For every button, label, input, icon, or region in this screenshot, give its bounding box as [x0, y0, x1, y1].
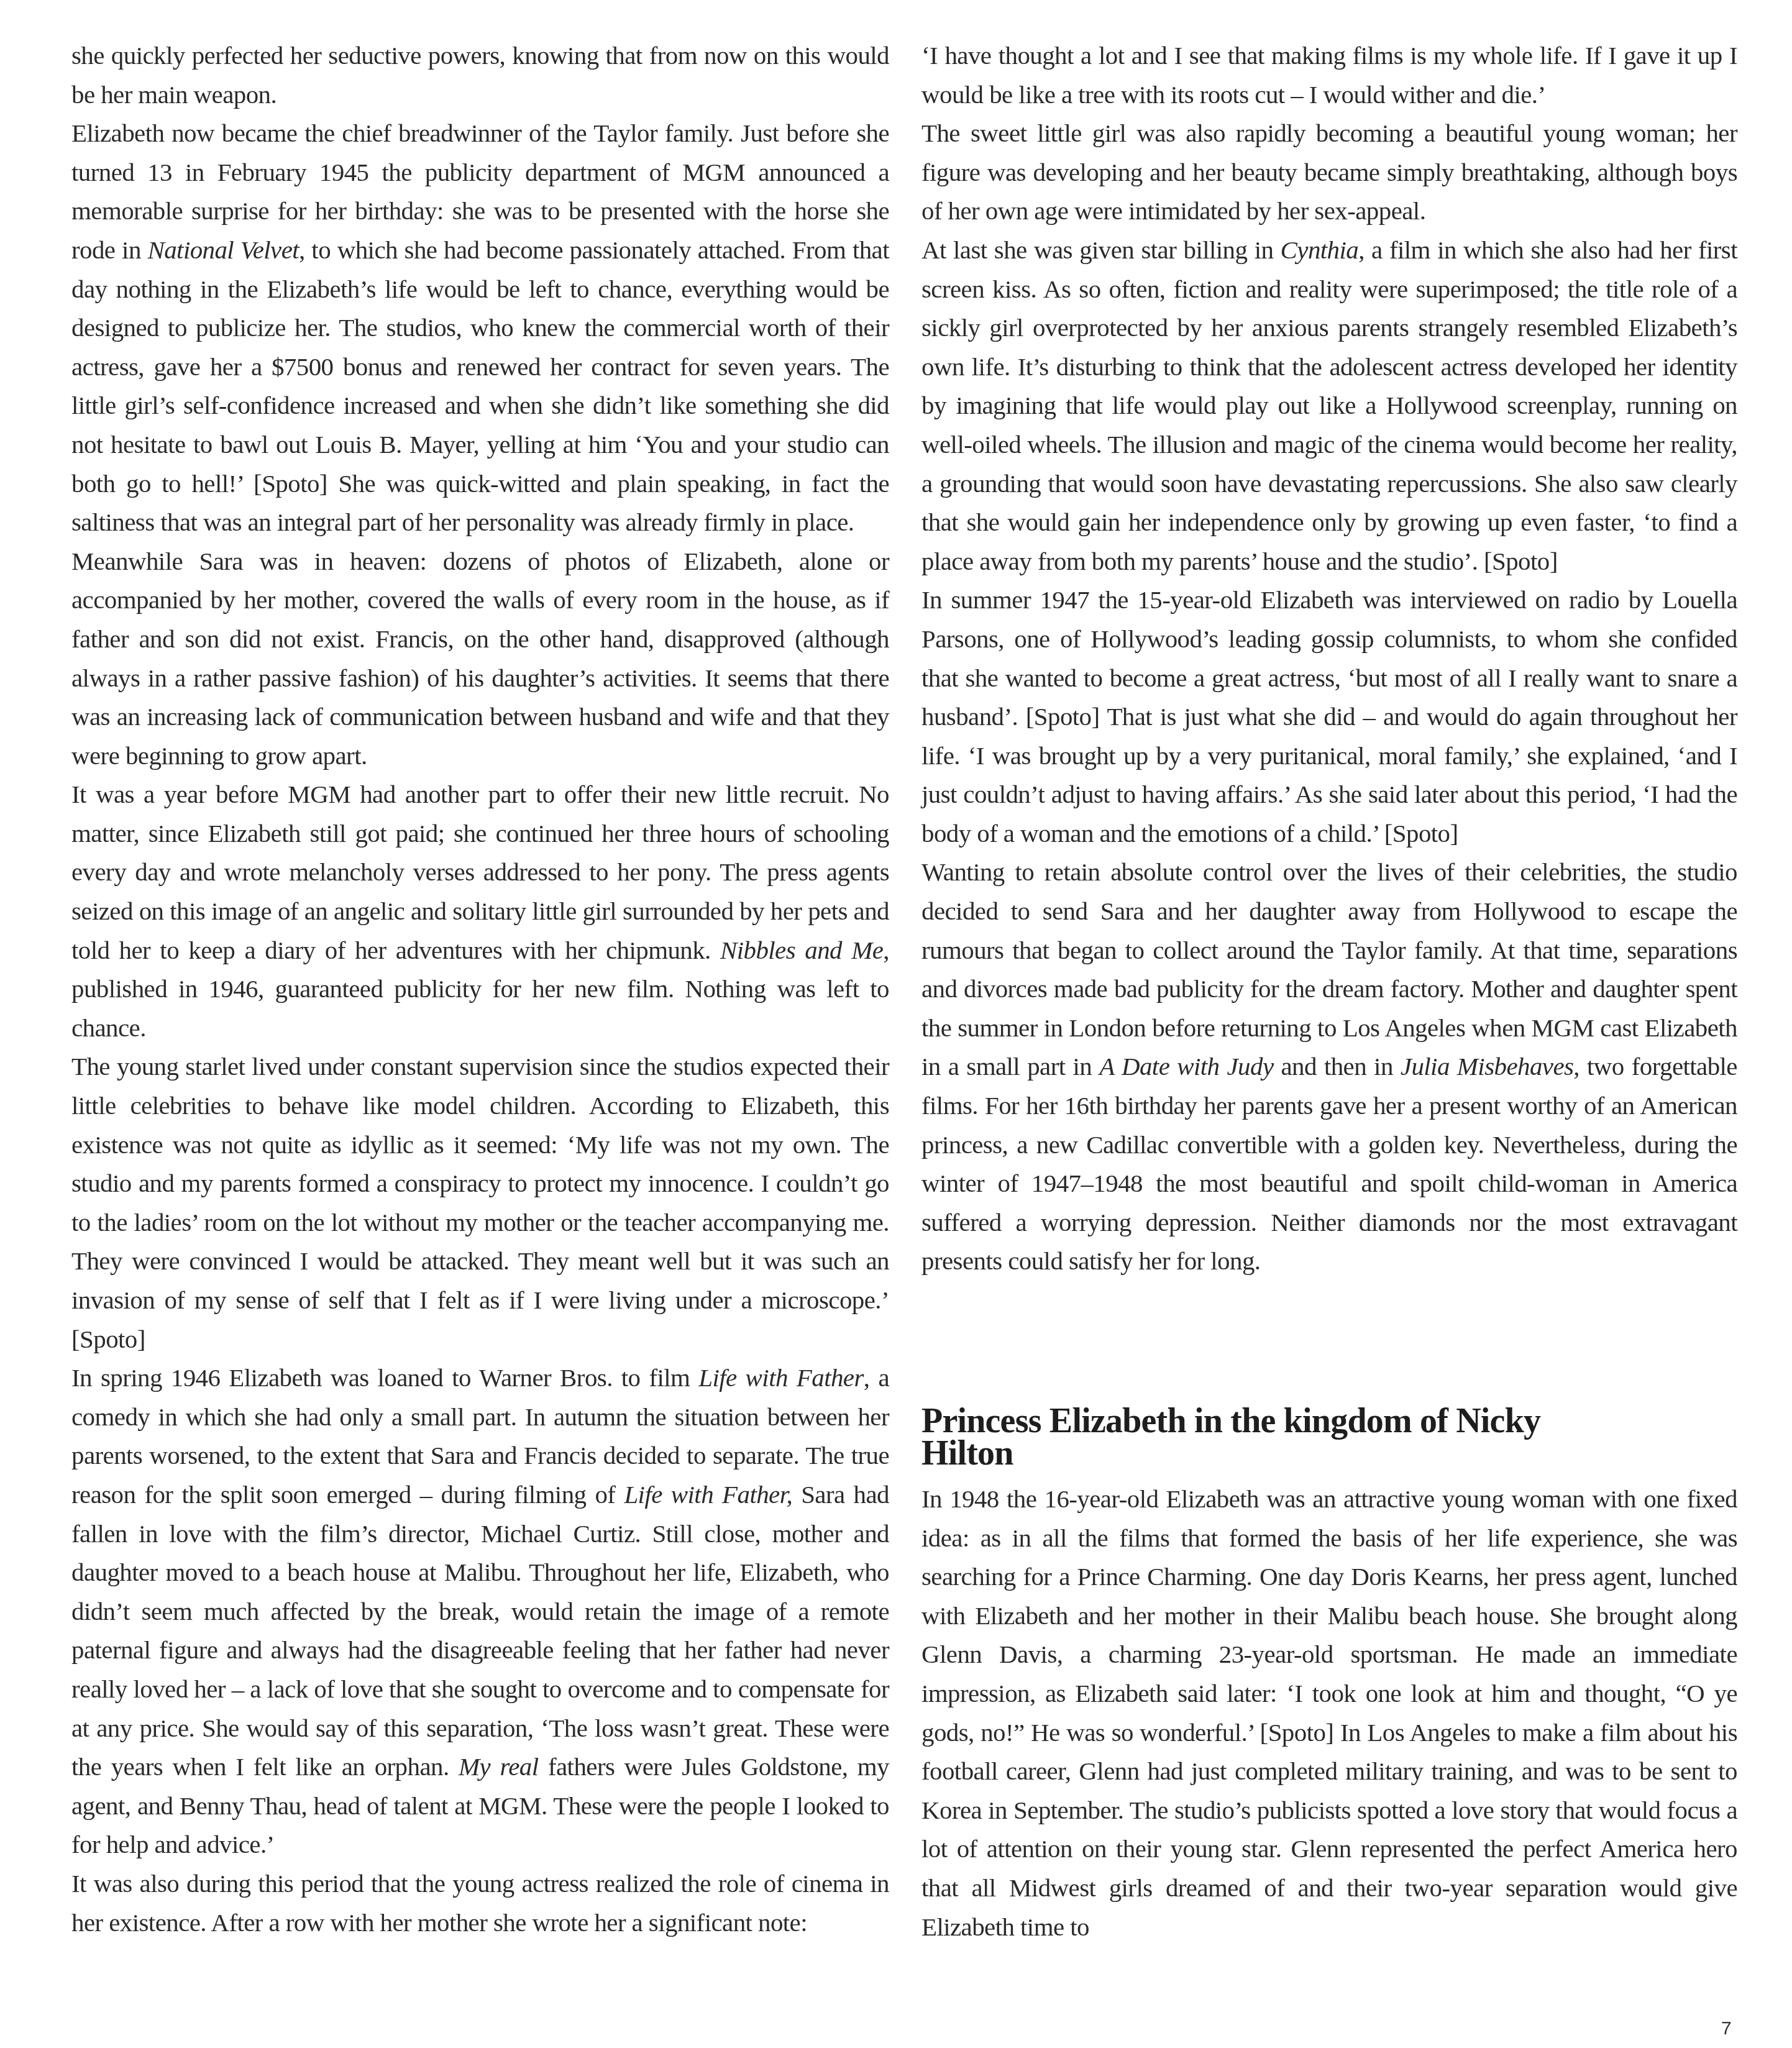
body-paragraph: Elizabeth now became the chief breadwinn…: [71, 114, 889, 542]
body-paragraph: ‘I have thought a lot and I see that mak…: [921, 36, 1737, 114]
text-run: , a film in which she also had her first…: [921, 235, 1737, 575]
body-paragraph: In 1948 the 16-year-old Elizabeth was an…: [921, 1479, 1737, 1946]
body-paragraph: The young starlet lived under constant s…: [71, 1047, 889, 1358]
body-paragraph: In spring 1946 Elizabeth was loaned to W…: [71, 1358, 889, 1864]
text-run: , two forgettable films. For her 16th bi…: [921, 1052, 1737, 1275]
body-paragraph: The sweet little girl was also rapidly b…: [921, 114, 1737, 231]
right-column: ‘I have thought a lot and I see that mak…: [921, 36, 1737, 1946]
section-paragraphs: In 1948 the 16-year-old Elizabeth was an…: [921, 1479, 1737, 1946]
text-run: In spring 1946 Elizabeth was loaned to W…: [71, 1363, 698, 1392]
text-run: The sweet little girl was also rapidly b…: [921, 119, 1737, 225]
text-run: Meanwhile Sara was in heaven: dozens of …: [71, 547, 889, 770]
body-paragraph: Meanwhile Sara was in heaven: dozens of …: [71, 542, 889, 775]
section-heading: Princess Elizabeth in the kingdom of Nic…: [921, 1405, 1543, 1470]
text-run: ‘I have thought a lot and I see that mak…: [921, 41, 1737, 109]
italic-title: Life with Father,: [624, 1480, 792, 1509]
italic-title: My real: [459, 1752, 539, 1781]
italic-title: A Date with Judy: [1099, 1052, 1273, 1081]
text-run: , to which she had become passionately a…: [71, 235, 889, 536]
italic-title: Nibbles and Me: [720, 936, 883, 964]
text-run: At last she was given star billing in: [921, 235, 1281, 264]
text-run: In summer 1947 the 15-year-old Elizabeth…: [921, 585, 1737, 848]
italic-title: Cynthia: [1281, 235, 1359, 264]
text-run: Sara had fallen in love with the film’s …: [71, 1480, 889, 1781]
italic-title: National Velvet: [147, 235, 299, 264]
text-run: In 1948 the 16-year-old Elizabeth was an…: [921, 1484, 1737, 1941]
body-paragraph: It was also during this period that the …: [71, 1864, 889, 1942]
italic-title: Julia Misbehaves: [1401, 1052, 1574, 1081]
left-column-paragraphs: she quickly perfected her seductive powe…: [71, 36, 889, 1942]
body-paragraph: It was a year before MGM had another par…: [71, 775, 889, 1047]
section-spacer: [921, 1281, 1737, 1405]
text-run: and then in: [1273, 1052, 1400, 1081]
body-paragraph: Wanting to retain absolute control over …: [921, 853, 1737, 1281]
body-paragraph: she quickly perfected her seductive powe…: [71, 36, 889, 114]
page-number: 7: [1721, 2018, 1732, 2039]
right-column-paragraphs: ‘I have thought a lot and I see that mak…: [921, 36, 1737, 1281]
text-run: The young starlet lived under constant s…: [71, 1052, 889, 1353]
text-run: It was also during this period that the …: [71, 1869, 889, 1937]
italic-title: Life with Father: [698, 1363, 864, 1392]
text-run: Wanting to retain absolute control over …: [921, 857, 1737, 1081]
left-column: she quickly perfected her seductive powe…: [71, 36, 889, 1942]
text-run: she quickly perfected her seductive powe…: [71, 41, 889, 109]
body-paragraph: At last she was given star billing in Cy…: [921, 231, 1737, 580]
body-paragraph: In summer 1947 the 15-year-old Elizabeth…: [921, 580, 1737, 853]
